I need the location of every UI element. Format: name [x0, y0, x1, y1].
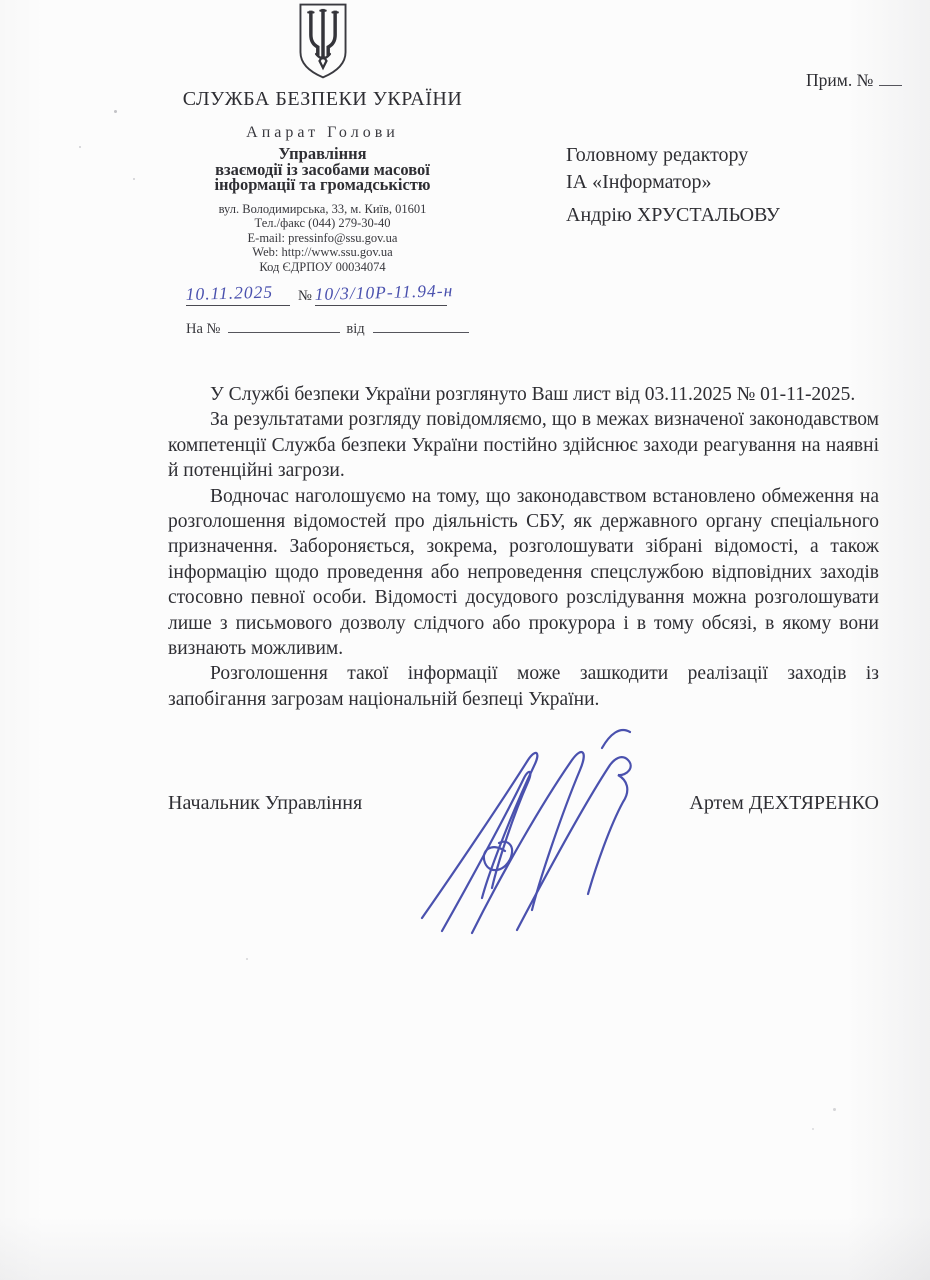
org-name: СЛУЖБА БЕЗПЕКИ УКРАЇНИ: [150, 88, 495, 111]
letterhead: СЛУЖБА БЕЗПЕКИ УКРАЇНИ Апарат Голови Упр…: [150, 0, 495, 338]
letter-body: У Службі безпеки України розглянуто Ваш …: [168, 382, 879, 712]
division-name: Апарат Голови: [150, 124, 495, 142]
outgoing-number-field: 10/3/10Р-11.94-н: [315, 284, 447, 306]
signer-position: Начальник Управління: [168, 792, 362, 815]
scan-speck: [79, 146, 81, 148]
scan-speck: [246, 958, 248, 960]
address-street: вул. Володимирська, 33, м. Київ, 01601: [150, 202, 495, 217]
copy-number-label: Прим. №: [806, 70, 873, 90]
recipient-name: Андрію ХРУСТАЛЬОВУ: [566, 202, 780, 229]
scan-speck: [833, 1108, 836, 1111]
scanned-letter-page: СЛУЖБА БЕЗПЕКИ УКРАЇНИ Апарат Голови Упр…: [0, 0, 930, 1280]
na-label: На №: [186, 321, 220, 337]
copy-number-note: Прим. №: [806, 70, 902, 91]
address-edrpou: Код ЄДРПОУ 00034074: [150, 260, 495, 275]
department-line: інформації та громадськістю: [150, 177, 495, 193]
ssu-trident-emblem-icon: [297, 2, 349, 80]
recipient-block: Головному редактору ІА «Інформатор» Андр…: [566, 142, 780, 229]
scan-speck: [812, 1128, 814, 1130]
address-web: Web: http://www.ssu.gov.ua: [150, 245, 495, 260]
department-name: Управління взаємодії із засобами масової…: [150, 146, 495, 193]
scan-speck: [114, 110, 117, 113]
scan-speck: [133, 178, 135, 180]
incoming-reference-line: На №від: [150, 319, 495, 338]
incoming-date-blank: [373, 319, 469, 333]
paragraph: Водночас наголошуємо на тому, що законод…: [168, 484, 879, 662]
paragraph: У Службі безпеки України розглянуто Ваш …: [168, 382, 879, 407]
number-symbol: №: [298, 288, 312, 304]
signer-name: Артем ДЕХТЯРЕНКО: [689, 792, 879, 815]
outgoing-reference-line: 10.11.2025№10/3/10Р-11.94-н: [150, 284, 495, 312]
address-block: вул. Володимирська, 33, м. Київ, 01601 Т…: [150, 202, 495, 275]
incoming-number-blank: [228, 319, 340, 333]
signature-block: Начальник Управління Артем ДЕХТЯРЕНКО: [168, 792, 879, 815]
vid-label: від: [346, 321, 364, 337]
outgoing-date-handwritten: 10.11.2025: [185, 282, 273, 305]
recipient-title: Головному редактору: [566, 142, 780, 169]
address-email: E-mail: pressinfo@ssu.gov.ua: [150, 231, 495, 246]
outgoing-number-handwritten: 10/3/10Р-11.94-н: [314, 281, 453, 306]
recipient-agency: ІА «Інформатор»: [566, 169, 780, 196]
address-phone: Тел./факс (044) 279-30-40: [150, 216, 495, 231]
paragraph: Розголошення такої інформації може зашко…: [168, 661, 879, 712]
paragraph: За результатами розгляду повідомляємо, щ…: [168, 407, 879, 483]
copy-number-blank: [879, 72, 902, 86]
handwritten-signature: [412, 718, 652, 938]
outgoing-date-field: 10.11.2025: [186, 284, 290, 306]
